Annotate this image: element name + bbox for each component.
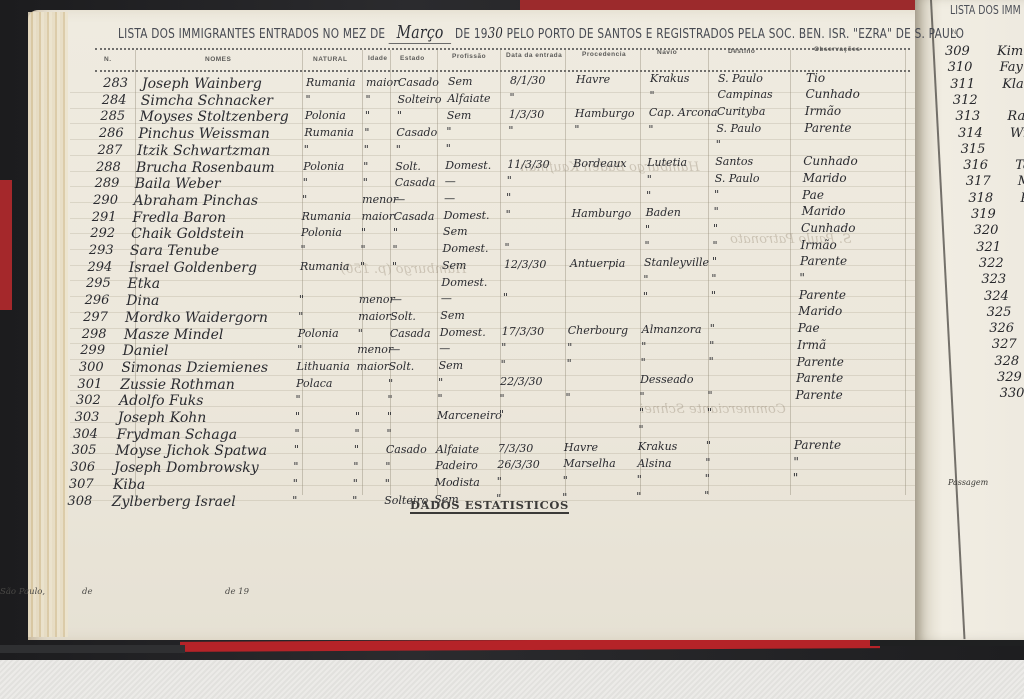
profissao: Sem	[447, 109, 471, 122]
idade: "	[365, 93, 370, 106]
natural: "	[303, 176, 308, 189]
footer-place: São Paulo,	[0, 587, 45, 597]
natural: Rumania	[300, 260, 350, 273]
observacoes: Parente	[797, 355, 844, 369]
idade: "	[364, 126, 369, 139]
immigrant-name: Baila Weber	[135, 176, 221, 192]
immigrant-name: Simcha Schnacker	[141, 93, 273, 109]
entry-number: 300	[64, 360, 104, 375]
right-page-entry-name: P	[1020, 191, 1024, 206]
estado: Casada	[395, 176, 436, 189]
entry-number: 291	[77, 210, 117, 225]
destino: "	[713, 222, 718, 235]
estado: Casada	[390, 327, 431, 340]
estado: Solt.	[395, 160, 421, 173]
data-entrada: "	[505, 241, 510, 254]
immigrant-name: Moyses Stoltzenberg	[140, 109, 289, 125]
destino: "	[709, 339, 714, 352]
idade: maior	[366, 76, 398, 89]
data-entrada: "	[500, 392, 505, 405]
idade: maior	[357, 360, 389, 373]
immigrant-name: Dina	[126, 293, 159, 309]
profissao: —	[445, 175, 456, 188]
data-entrada: "	[497, 475, 502, 488]
immigrant-name: Joseph Kohn	[118, 410, 206, 426]
observacoes: Pae	[798, 321, 820, 335]
title-printed-post: PELO PORTO DE SANTOS E REGISTRADOS PELA …	[507, 26, 965, 42]
estado: Casada	[394, 210, 435, 223]
immigrant-name: Itzik Schwartzman	[137, 143, 270, 159]
immigrant-name: Joseph Wainberg	[142, 76, 262, 92]
estado: "	[385, 477, 390, 490]
footer-de-year: de 19	[225, 587, 249, 597]
destino: Campinas	[717, 88, 772, 101]
right-page-entry-number: 323	[981, 272, 1006, 287]
observacoes: Parente	[794, 438, 841, 452]
data-entrada: 26/3/30	[497, 458, 539, 471]
entry-number: 306	[55, 460, 95, 475]
data-entrada: "	[507, 174, 512, 187]
natural: "	[294, 427, 299, 440]
data-entrada: "	[501, 358, 506, 371]
right-page-entry-name: Fay	[1000, 60, 1023, 75]
right-page-entry-number: 310	[948, 60, 973, 75]
profissao: "	[446, 142, 451, 155]
immigrant-name: Pinchus Weissman	[138, 126, 269, 142]
procedencia: "	[566, 391, 571, 404]
entry-number: 295	[71, 276, 111, 291]
entry-number: 308	[52, 494, 92, 509]
idade: "	[363, 176, 368, 189]
natural: "	[302, 193, 307, 206]
right-page-entry-number: 313	[955, 109, 980, 124]
navio: "	[643, 290, 648, 303]
right-page-entry-number: 326	[989, 321, 1014, 336]
estado: Solt.	[390, 310, 416, 323]
idade: "	[365, 109, 370, 122]
data-entrada: "	[508, 124, 513, 137]
entry-number: 301	[62, 377, 102, 392]
observacoes: "	[793, 471, 799, 485]
navio: "	[641, 340, 646, 353]
destino: Curityba	[717, 105, 766, 118]
procedencia: Hamburgo	[575, 107, 635, 120]
entry-number: 297	[68, 310, 108, 325]
right-page-entry-name: M	[1018, 174, 1024, 189]
data-entrada: "	[499, 408, 504, 421]
destino: "	[713, 239, 718, 252]
idade: "	[364, 143, 369, 156]
right-page-n-label: N.	[952, 30, 958, 36]
col-divider	[565, 50, 566, 495]
entry-number: 296	[69, 293, 109, 308]
idade: "	[353, 460, 358, 473]
natural: "	[297, 343, 302, 356]
immigrant-name: Israel Goldenberg	[129, 260, 257, 276]
navio: "	[645, 239, 650, 252]
natural: Polonia	[301, 226, 342, 239]
col-header-profissao: Profissão	[452, 53, 486, 60]
entry-number: 299	[65, 343, 105, 358]
idade: "	[360, 260, 365, 273]
profissao: —	[439, 342, 450, 355]
entry-number: 294	[72, 260, 112, 275]
immigrant-name: Adolfo Fuks	[119, 393, 203, 409]
idade: maior	[362, 210, 394, 223]
immigrant-name: Mordko Waidergorn	[125, 310, 268, 326]
idade: menor	[359, 293, 395, 306]
header-dotted-rule-bottom	[95, 70, 910, 72]
idade: "	[358, 327, 363, 340]
right-page-entry-number: 330	[1000, 386, 1024, 401]
procedencia: Antuerpia	[570, 257, 625, 270]
title-year: 30	[488, 24, 503, 42]
right-page-entry-number: 328	[994, 354, 1019, 369]
observacoes: Parente	[796, 371, 843, 385]
data-entrada: 1/3/30	[509, 108, 544, 121]
estado: "	[388, 377, 393, 390]
right-page-entry-number: 311	[950, 77, 975, 92]
destino: "	[716, 138, 721, 151]
profissao: Sem	[448, 75, 472, 88]
estado: —	[394, 193, 405, 206]
estado: "	[388, 393, 393, 406]
immigrant-name: Etka	[127, 276, 160, 292]
row-rule	[70, 343, 915, 344]
navio: Desseado	[640, 373, 693, 386]
estado: Casado	[386, 443, 427, 456]
data-entrada: "	[506, 191, 511, 204]
navio: Krakus	[650, 72, 689, 85]
estado: "	[392, 260, 397, 273]
estado: Casado	[396, 126, 437, 139]
natural: Rumania	[306, 76, 356, 89]
observacoes: Cunhado	[801, 221, 855, 235]
profissao: Marceneiro	[437, 409, 502, 422]
right-page-entry-number: 315	[961, 142, 986, 157]
profissao: Sem	[439, 359, 463, 372]
entry-number: 290	[78, 193, 118, 208]
data-entrada: 12/3/30	[504, 258, 546, 271]
profissao: Alfaiate	[436, 443, 479, 456]
right-page-entry-name: Rab	[1007, 109, 1024, 124]
immigrant-name: Abraham Pinchas	[134, 193, 259, 209]
procedencia: Bordeaux	[573, 157, 626, 170]
idade: "	[352, 494, 357, 507]
profissao: Domest.	[440, 326, 486, 339]
header-dotted-rule-top	[95, 48, 910, 50]
destino: "	[709, 355, 714, 368]
row-rule	[70, 280, 915, 281]
estado: "	[387, 410, 392, 423]
estado: "	[393, 243, 398, 256]
profissao: "	[438, 376, 443, 389]
navio: Baden	[646, 206, 681, 219]
estado: —	[391, 293, 402, 306]
entry-number: 303	[59, 410, 99, 425]
observacoes: Parente	[800, 254, 847, 268]
idade: "	[353, 477, 358, 490]
profissao: Modista	[435, 476, 480, 489]
passagem-note: Passagem	[948, 478, 988, 487]
row-rule	[70, 485, 915, 486]
cover-red-edge-top	[520, 0, 920, 10]
entry-number: 284	[87, 93, 127, 108]
navio: Alsina	[637, 457, 671, 470]
destino: S. Paulo	[718, 72, 763, 85]
navio: Stanleyville	[644, 256, 709, 269]
col-divider	[905, 50, 906, 495]
right-page-entry-number: 316	[963, 158, 988, 173]
natural: "	[295, 410, 300, 423]
idade: "	[354, 427, 359, 440]
entry-number: 298	[67, 327, 107, 342]
destino: "	[710, 322, 715, 335]
observacoes: Parente	[796, 388, 843, 402]
natural: "	[299, 293, 304, 306]
observacoes: Tio	[806, 71, 825, 85]
navio: "	[646, 189, 651, 202]
profissao: —	[441, 292, 452, 305]
right-page-entry-name: Wra	[1010, 126, 1024, 141]
navio: "	[640, 390, 645, 403]
title-de: DE 19	[455, 26, 488, 42]
natural: Rumania	[304, 126, 354, 139]
navio: "	[636, 490, 641, 503]
entry-number: 307	[54, 477, 94, 492]
right-page-entry-name: Ta	[1015, 158, 1024, 173]
col-header-observacoes: Observações	[814, 46, 860, 53]
observacoes: Cunhado	[805, 87, 859, 101]
natural: Polonia	[305, 109, 346, 122]
col-header-destino: Destino	[728, 48, 755, 55]
destino: "	[704, 489, 709, 502]
data-entrada: "	[506, 208, 511, 221]
estado: "	[397, 109, 402, 122]
destino: S. Paulo	[715, 172, 760, 185]
entry-number: 293	[74, 243, 114, 258]
navio: "	[637, 473, 642, 486]
data-entrada: "	[509, 91, 514, 104]
footer-de: de	[82, 587, 92, 597]
destino: "	[714, 188, 719, 201]
procedencia: "	[567, 341, 572, 354]
destino: "	[707, 406, 712, 419]
navio: "	[649, 89, 654, 102]
col-header-n: N.	[104, 56, 112, 63]
natural: "	[292, 494, 297, 507]
data-entrada: "	[503, 291, 508, 304]
row-rule	[70, 296, 915, 297]
estado: "	[385, 460, 390, 473]
procedencia: Hamburgo	[572, 207, 632, 220]
navio: "	[645, 223, 650, 236]
destino: S. Paulo	[716, 122, 761, 135]
profissao: "	[438, 392, 443, 405]
natural: "	[301, 243, 306, 256]
observacoes: Cunhado	[803, 154, 857, 168]
right-page-entry-number: 314	[958, 126, 983, 141]
procedencia: Havre	[576, 73, 610, 86]
col-divider	[500, 50, 501, 495]
destino: "	[711, 289, 716, 302]
profissao: Alfaiate	[447, 92, 490, 105]
observacoes: Parente	[799, 288, 846, 302]
right-page-entry-name: Kim	[997, 44, 1023, 59]
right-page-entry-number: 321	[976, 240, 1001, 255]
col-header-procedencia: Procedencia	[582, 51, 626, 58]
page-stack-edge	[28, 12, 68, 637]
observacoes: Marido	[802, 204, 846, 218]
procedencia: Marselha	[563, 457, 615, 470]
immigrant-name: Masze Mindel	[124, 327, 224, 343]
profissao: Sem	[440, 309, 464, 322]
observacoes: Marido	[803, 171, 847, 185]
profissao: Padeiro	[435, 459, 477, 472]
procedencia: "	[563, 474, 568, 487]
observacoes: Pae	[802, 188, 824, 202]
estado: "	[393, 226, 398, 239]
right-page-entry-number: 329	[997, 370, 1022, 385]
procedencia: Cherbourg	[568, 324, 628, 337]
col-header-navio: Navio	[657, 49, 677, 56]
profissao: Domest.	[443, 242, 489, 255]
observacoes: Irmã	[797, 338, 826, 352]
procedencia: "	[567, 357, 572, 370]
idade: "	[361, 226, 366, 239]
entry-number: 283	[88, 76, 128, 91]
destino: "	[711, 272, 716, 285]
estado: "	[396, 143, 401, 156]
immigrant-name: Fredla Baron	[132, 210, 226, 226]
procedencia: Havre	[564, 441, 598, 454]
destino: "	[705, 472, 710, 485]
entry-number: 289	[79, 176, 119, 191]
idade: "	[363, 160, 368, 173]
entry-number: 287	[82, 143, 122, 158]
natural: "	[294, 443, 299, 456]
immigrant-name: Daniel	[123, 343, 169, 359]
estado: Solteiro	[397, 93, 441, 106]
idade: menor	[362, 193, 398, 206]
entry-number: 304	[58, 427, 98, 442]
navio: Almanzora	[642, 323, 702, 336]
observacoes: Parente	[804, 121, 851, 135]
profissao: "	[446, 125, 451, 138]
natural: Rumania	[302, 210, 352, 223]
destino: "	[708, 389, 713, 402]
title-month: Março	[389, 22, 452, 44]
observacoes: "	[793, 455, 799, 469]
cover-red-edge-left	[0, 180, 12, 310]
natural: Polonia	[298, 327, 339, 340]
idade: menor	[357, 343, 393, 356]
estado: Casado	[398, 76, 439, 89]
col-header-data-entrada: Data da entrada	[506, 52, 562, 59]
navio: "	[643, 273, 648, 286]
observacoes: Marido	[798, 304, 842, 318]
right-page-entry-name: Kla	[1002, 77, 1024, 92]
data-entrada: 7/3/30	[498, 442, 533, 455]
estado: Solt.	[389, 360, 415, 373]
natural: "	[293, 477, 298, 490]
data-entrada: 11/3/30	[507, 158, 549, 171]
natural: Lithuania	[297, 360, 350, 373]
col-header-idade: Idade	[368, 55, 387, 62]
col-header-estado: Estado	[400, 55, 425, 62]
profissao: Domest.	[444, 209, 490, 222]
immigrant-name: Simonas Dziemienes	[121, 360, 268, 376]
estado: "	[386, 427, 391, 440]
destino: Santos	[715, 155, 753, 168]
title-printed-pre: LISTA DOS IMMIGRANTES ENTRADOS NO MEZ DE	[118, 26, 385, 42]
immigrant-name: Moyse Jichok Spatwa	[115, 443, 267, 459]
immigrant-name: Brucha Rosenbaum	[136, 160, 275, 176]
navio: "	[638, 423, 643, 436]
destino: "	[714, 205, 719, 218]
immigrant-name: Joseph Dombrowsky	[114, 460, 259, 476]
idade: "	[354, 443, 359, 456]
destino: "	[706, 439, 711, 452]
col-divider	[790, 50, 791, 495]
right-page-entry-number: 327	[992, 337, 1017, 352]
entry-number: 288	[81, 160, 121, 175]
navio: Krakus	[638, 440, 677, 453]
right-page-entry-number: 325	[987, 305, 1012, 320]
natural: "	[298, 310, 303, 323]
idade: "	[355, 410, 360, 423]
profissao: Sem	[443, 225, 467, 238]
immigrant-name: Kiba	[113, 477, 145, 493]
immigrant-name: Frydman Schaga	[117, 427, 237, 443]
idade: "	[361, 243, 366, 256]
idade: maior	[358, 310, 390, 323]
natural: Polaca	[296, 377, 332, 390]
natural: "	[304, 143, 309, 156]
estado: —	[389, 343, 400, 356]
natural: Polonia	[303, 160, 344, 173]
data-entrada: 8/1/30	[510, 74, 545, 87]
cover-dark-edge-bottom-left	[0, 645, 185, 653]
navio: "	[639, 406, 644, 419]
observacoes: Irmão	[805, 104, 841, 118]
destino: "	[712, 255, 717, 268]
entry-number: 292	[75, 226, 115, 241]
natural: "	[293, 460, 298, 473]
observacoes: "	[799, 271, 805, 285]
right-page-entry-number: 309	[945, 44, 970, 59]
right-page-entry-number: 319	[971, 207, 996, 222]
navio: "	[641, 356, 646, 369]
profissao: Sem	[442, 259, 466, 272]
profissao: —	[444, 192, 455, 205]
entry-number: 305	[57, 443, 97, 458]
immigrant-name: Zussie Rothman	[120, 377, 235, 393]
navio: "	[647, 173, 652, 186]
right-page-entry-number: 322	[979, 256, 1004, 271]
data-entrada: 22/3/30	[500, 375, 542, 388]
profissao: Domest.	[445, 159, 491, 172]
right-page-entry-number: 320	[974, 223, 999, 238]
statistics-heading: DADOS ESTATISTICOS	[410, 498, 569, 514]
col-header-natural: NATURAL	[313, 56, 347, 63]
natural: "	[305, 93, 310, 106]
navio: Cap. Arcona	[649, 106, 718, 119]
right-page-entry-number: 312	[953, 93, 978, 108]
right-page-entry-number: 317	[966, 174, 991, 189]
entry-number: 286	[84, 126, 124, 141]
right-page-entry-number: 324	[984, 289, 1009, 304]
